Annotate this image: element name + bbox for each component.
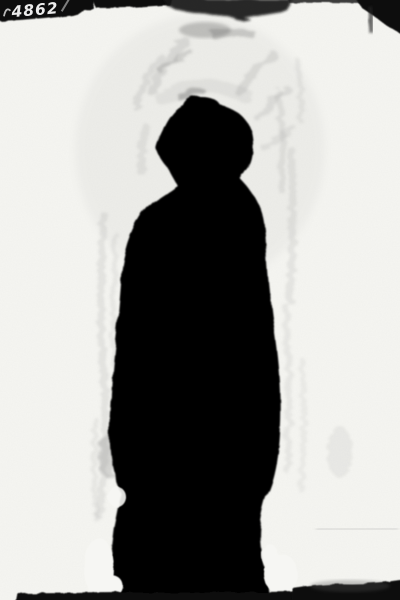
bottom-edge-smudge: [310, 580, 390, 592]
corner-streak: [369, 5, 372, 33]
white-dab: [108, 487, 126, 507]
brush-streak: [279, 92, 283, 190]
white-dab: [262, 544, 278, 568]
photograph: Black-and-white photographic negative: f…: [0, 0, 400, 600]
brush-streak: [290, 150, 293, 300]
paint-smudge: [328, 426, 352, 478]
paint-smudge: [179, 22, 231, 38]
brush-streak: [94, 420, 97, 520]
photograph-canvas: Black-and-white photographic negative: f…: [0, 0, 400, 600]
brush-streak: [301, 360, 304, 490]
brush-streak: [142, 128, 147, 172]
scratch-line: [316, 529, 398, 530]
